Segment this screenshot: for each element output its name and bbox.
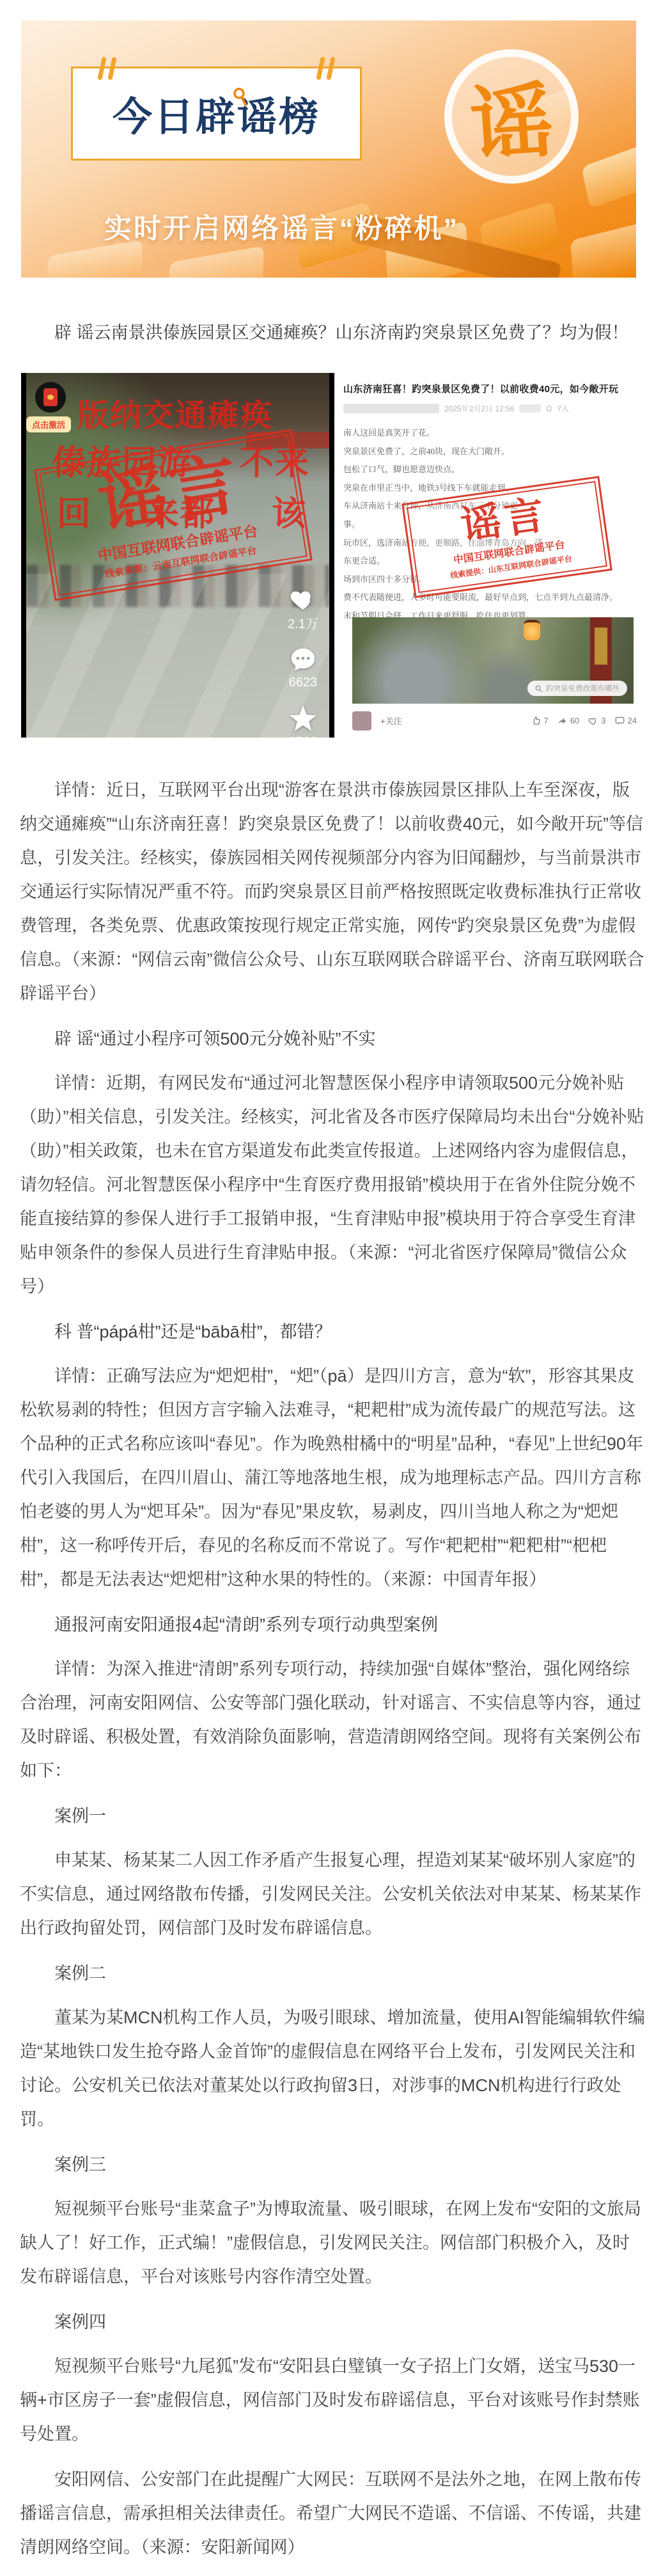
comment-icon — [289, 646, 317, 673]
redacted-location — [519, 404, 541, 413]
comment-stat: 24 — [615, 716, 637, 725]
overlay-caption-line1: 版纳交通瘫痪 — [77, 391, 273, 436]
garden-photo: 趵突泉免费政策有哪些 — [352, 617, 634, 704]
article-page: 谣 今日辟谣榜 实时开启网络谣言“粉碎机” 辟 谣云南景洪傣族园景区交通瘫痪？山… — [0, 20, 670, 2564]
redacted-username — [343, 404, 439, 413]
paragraph-final: 安阳网信、公安部门在此提醒广大网民：互联网不是法外之地，在网上散布传播谣言信息，… — [20, 2463, 646, 2564]
like-count: 2.1万 — [288, 617, 318, 631]
lantern-icon — [524, 620, 540, 640]
thumbs-up-icon — [531, 716, 541, 725]
search-icon — [535, 685, 542, 692]
section-heading-3: 科 普“pápá柑”还是“bābā柑”，都错？ — [20, 1315, 646, 1349]
follow-button: +关注 — [380, 715, 402, 727]
article-headline: 辟 谣云南景洪傣族园景区交通瘫痪？山东济南趵突泉景区免费了？均为假！ — [20, 320, 650, 345]
paragraph-detail-4: 详情：为深入推进“清朗”系列专项行动，持续加强“自媒体”整治，强化网络综合治理，… — [20, 1652, 646, 1788]
case-paragraph-4: 短视频平台账号“九尾狐”发布“安阳县白璧镇一女子招上门女婿，送宝马530一辆+市… — [20, 2350, 646, 2451]
paragraph-detail-1: 详情：近日，互联网平台出现“游客在景洪市傣族园景区排队上车至深夜，版纳交通瘫痪”… — [20, 773, 646, 1011]
thumbs-up-stat: 7 — [531, 716, 549, 725]
case-paragraph-2: 董某为某MCN机构工作人员，为吸引眼球、增加流量，使用AI智能编辑软件编造“某地… — [20, 2001, 646, 2137]
banner-title: 今日辟谣榜 — [113, 85, 320, 142]
reader-icon: Ω — [546, 404, 552, 413]
rumor-badge-char: 谣 — [467, 55, 557, 178]
magnifier-icon — [233, 88, 249, 107]
photo-search-tag: 趵突泉免费政策有哪些 — [527, 681, 627, 696]
keyboard-key-decoration — [570, 222, 636, 278]
post-body-line: 费不代表随便进，人多时可能要限流，最好早点到，七点半到九点最清净。 — [343, 589, 646, 607]
comment-stat: 6623 — [289, 646, 318, 690]
article-content: 详情：近日，互联网平台出现“游客在景洪市傣族园景区排队上车至深夜，版纳交通瘫痪”… — [20, 773, 646, 2564]
post-meta: 2025年2月2日 12:56 Ω 7人 — [343, 403, 646, 414]
post-action-bar: +关注 7 60 3 — [343, 704, 646, 738]
case-label-2: 案例二 — [20, 1957, 646, 1991]
post-date: 2025年2月2日 12:56 — [444, 403, 514, 414]
case-paragraph-3: 短视频平台账号“韭菜盒子”为博取流量、吸引眼球，在网上发布“安阳的文旅局缺人了！… — [20, 2192, 646, 2294]
paragraph-detail-2: 详情：近期，有网民发布“通过河北智慧医保小程序申请领取500元分娩补贴（助）”相… — [20, 1066, 646, 1304]
heart-count: 3 — [601, 716, 605, 725]
comment-count: 24 — [628, 716, 637, 725]
like-stat: 2.1万 — [288, 584, 318, 632]
pin-icon — [318, 57, 333, 80]
star-stat: 2739 — [288, 704, 318, 738]
star-count: 2739 — [289, 735, 318, 738]
comment-count: 6623 — [289, 676, 318, 690]
share-count: 60 — [570, 716, 579, 725]
weibo-screenshot[interactable]: 山东济南狂喜！趵突泉景区免费了！以前收费40元，如今敞开玩 2025年2月2日 … — [343, 373, 646, 738]
red-envelope-icon — [35, 382, 66, 413]
case-label-4: 案例四 — [20, 2305, 646, 2339]
case-paragraph-1: 申某某、杨某某二人因工作矛盾产生报复心理，捏造刘某某“破坏别人家庭”的不实信息，… — [20, 1844, 646, 1945]
section-heading-4: 通报河南安阳通报4起“清朗”系列专项行动典型案例 — [20, 1608, 646, 1642]
case-label-1: 案例一 — [20, 1799, 646, 1833]
case-label-3: 案例三 — [20, 2148, 646, 2182]
avatar — [352, 711, 371, 731]
banner-image: 谣 今日辟谣榜 实时开启网络谣言“粉碎机” — [21, 20, 636, 278]
heart-icon — [588, 716, 598, 725]
photo-search-text: 趵突泉免费政策有哪些 — [546, 683, 619, 693]
banner-title-box: 今日辟谣榜 — [71, 67, 362, 161]
post-body-line: 南人这回是真笑开了花。 — [343, 424, 646, 443]
share-stat: 60 — [557, 716, 579, 725]
star-icon — [288, 704, 318, 732]
keyboard-key-decoration — [581, 143, 636, 209]
post-body-line: 突泉景区免费了，之前40块，现在大门敞开。 — [343, 443, 646, 461]
paragraph-detail-3: 详情：正确写法应为“𤆵𤆵柑”，“𤆵”（pā）是四川方言，意为“软”，形容其果皮松… — [20, 1359, 646, 1597]
activate-label: 点击激活 — [26, 416, 71, 432]
pin-icon — [100, 57, 114, 80]
rumor-badge: 谣 — [444, 49, 579, 184]
post-body-line: 包松了口气，脚也愿意迈快点。 — [343, 461, 646, 479]
thumbs-up-count: 7 — [544, 716, 549, 725]
banner-subtitle: 实时开启网络谣言“粉碎机” — [104, 207, 459, 246]
video-stats-column: 2.1万 6623 2739 — [279, 584, 327, 738]
share-icon — [557, 716, 567, 725]
comment-icon — [615, 716, 625, 725]
keyboard-key-decoration — [168, 246, 264, 278]
section-heading-2: 辟 谣“通过小程序可领500元分娩补贴”不实 — [20, 1022, 646, 1056]
heart-stat: 3 — [588, 716, 605, 725]
video-screenshot[interactable]: 点击激活 版纳交通瘫痪 傣族园游 不来 回 来都 该 谣言 中国互联网联合辟谣平… — [21, 373, 334, 738]
post-title: 山东济南狂喜！趵突泉景区免费了！以前收费40元，如今敞开玩 — [343, 382, 646, 395]
heart-icon — [288, 584, 318, 611]
evidence-figures: 点击激活 版纳交通瘫痪 傣族园游 不来 回 来都 该 谣言 中国互联网联合辟谣平… — [21, 373, 670, 738]
reader-count: 7人 — [557, 403, 569, 414]
